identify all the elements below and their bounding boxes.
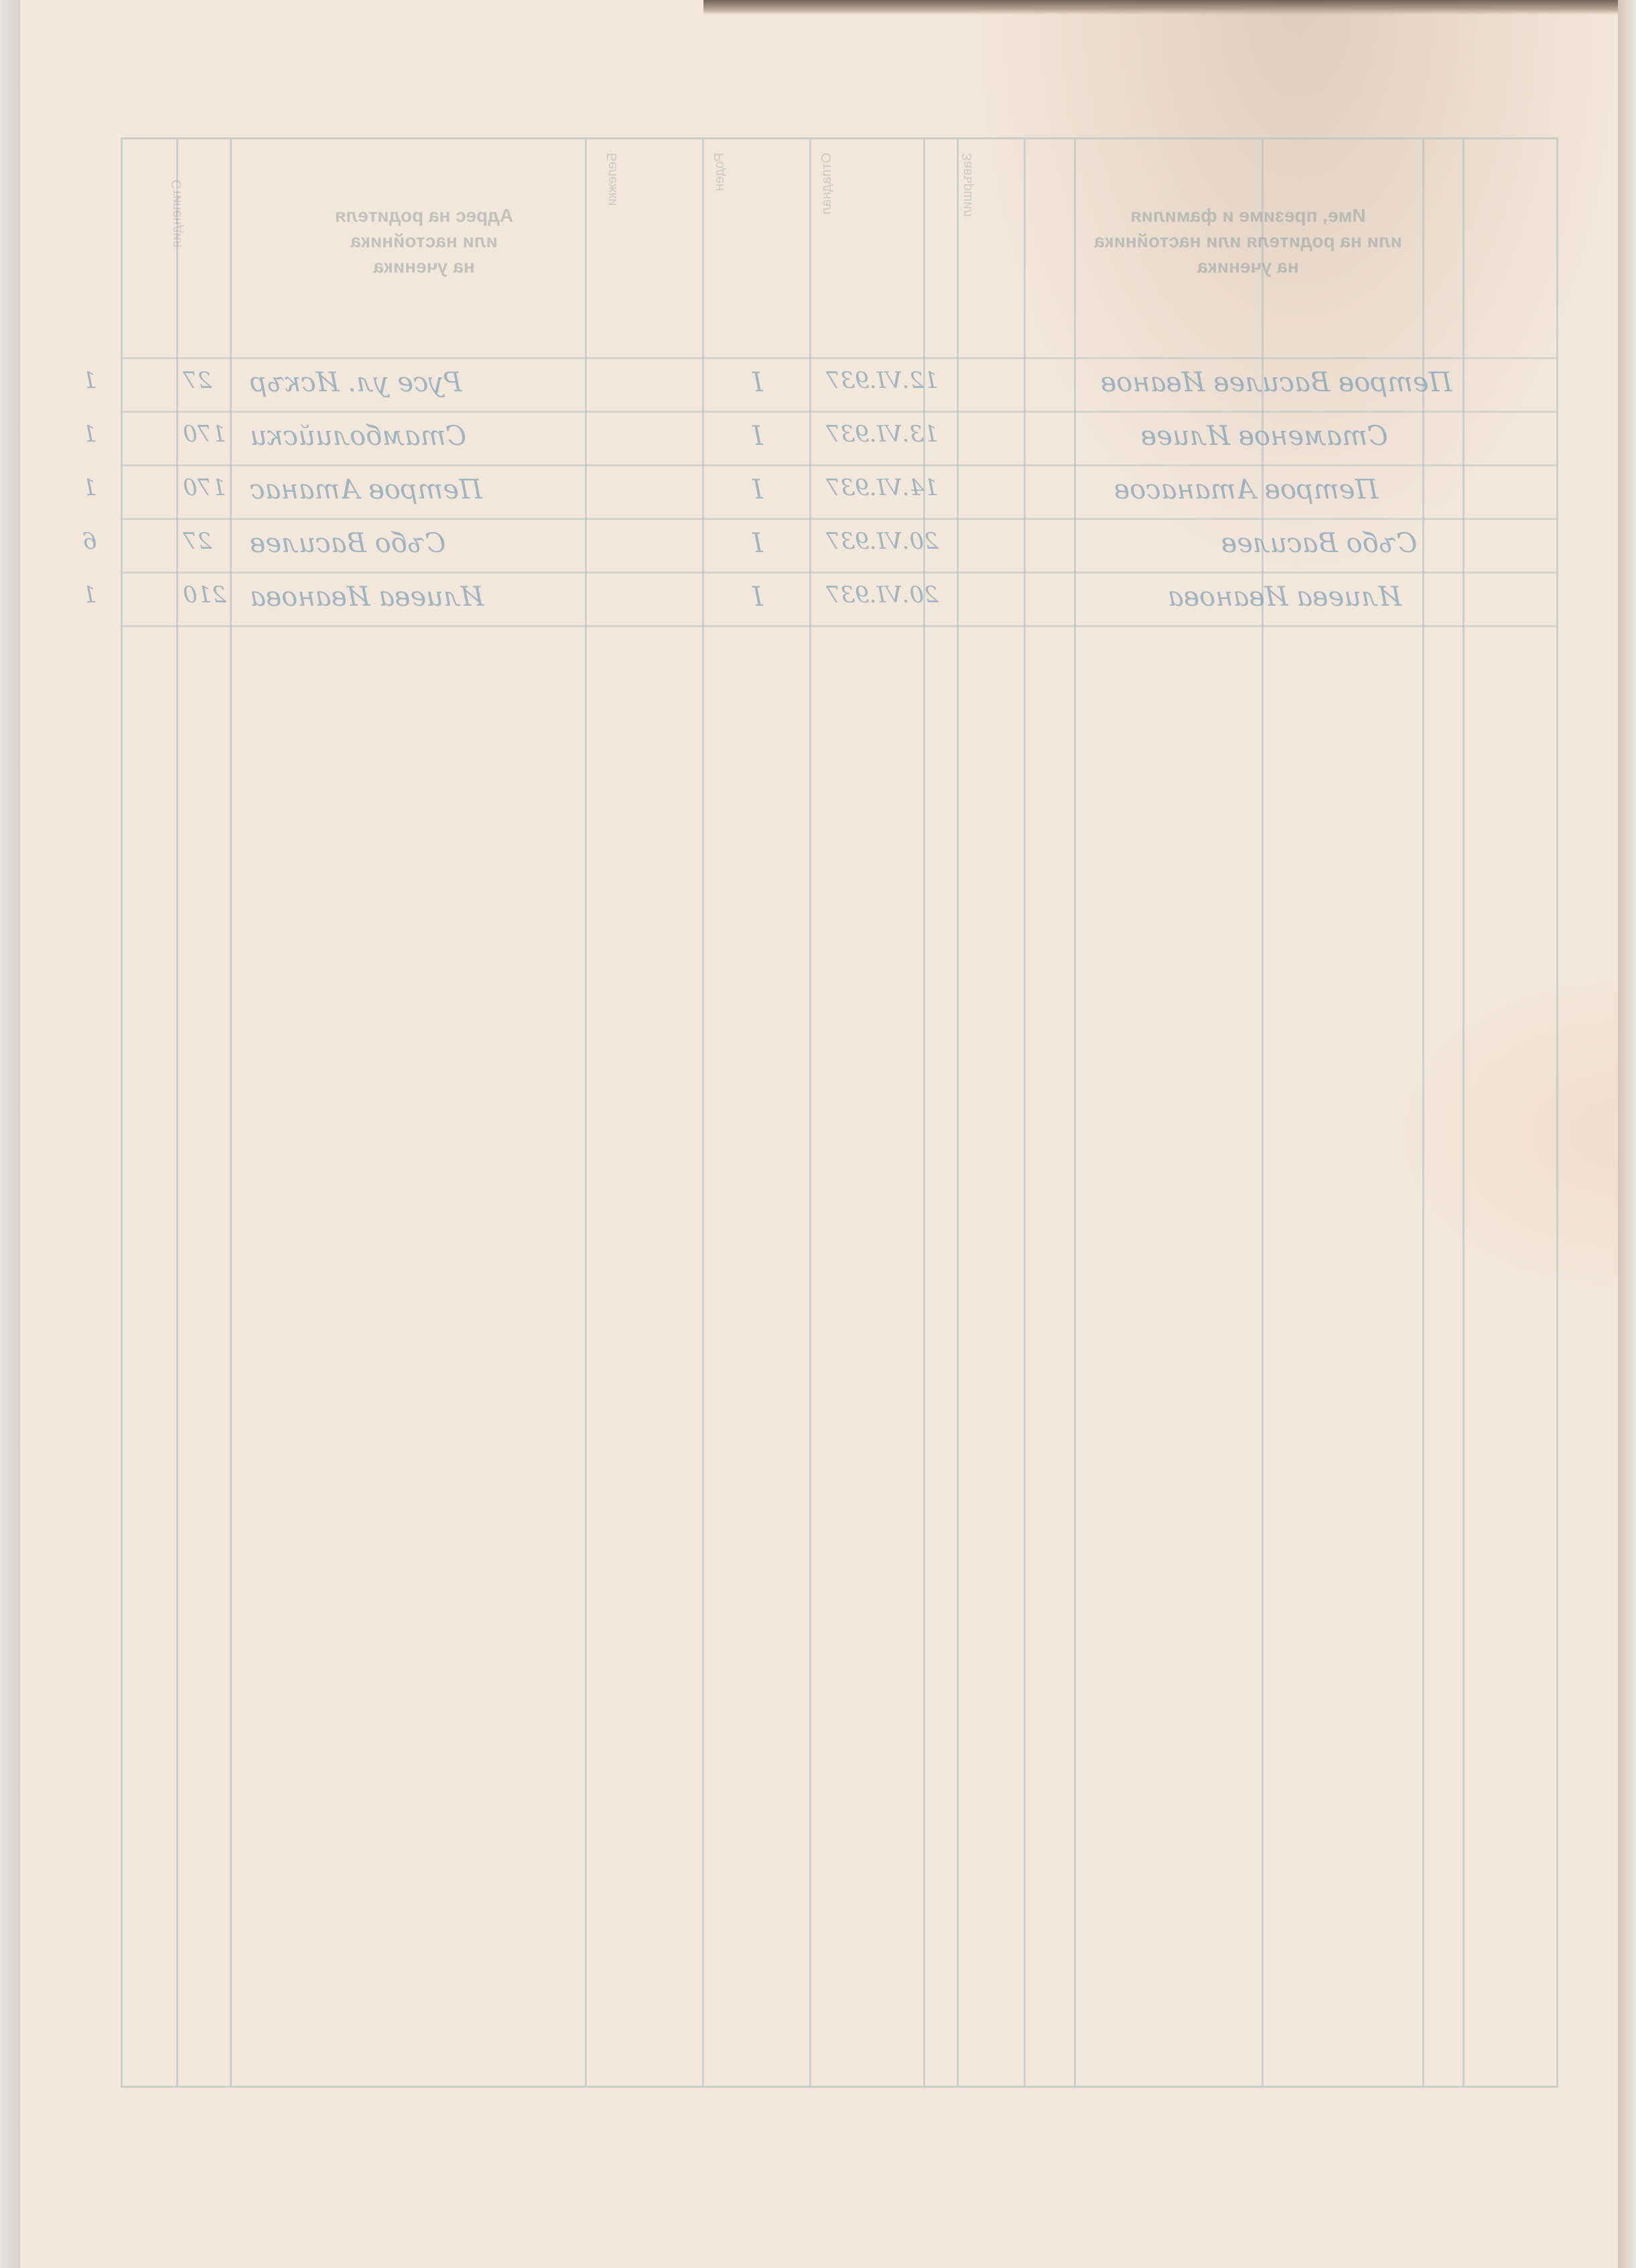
vertical-header: Роден xyxy=(712,153,728,191)
date: 12.VI.937 xyxy=(826,367,939,394)
row-rule xyxy=(123,464,1556,466)
row-rule xyxy=(123,411,1556,413)
column-rule xyxy=(1462,139,1464,2086)
header-line: или настойника xyxy=(283,228,565,254)
mark: 1 xyxy=(82,367,97,394)
address: Стамболийски xyxy=(250,421,466,452)
mark: 1 xyxy=(82,582,97,608)
vertical-header: Стипендия xyxy=(169,180,185,247)
number: 27 xyxy=(183,528,212,555)
grade: I xyxy=(752,421,763,452)
scan-left-border xyxy=(0,0,20,2268)
grade: I xyxy=(752,582,763,612)
student-name: Петров Атанасов xyxy=(1114,474,1378,505)
header-line: Адрес на родителя xyxy=(283,203,565,228)
vertical-header: Отпаднал xyxy=(819,153,835,214)
header-line: на ученика xyxy=(283,254,565,279)
date: 20.VI.937 xyxy=(826,582,939,608)
address: Русе ул. Искър xyxy=(250,367,462,398)
column-rule xyxy=(957,139,959,2086)
student-name: Събо Василев xyxy=(1221,528,1417,559)
scan-right-border xyxy=(1618,0,1636,2268)
number: 170 xyxy=(183,474,226,501)
header-line: или на родителя или настойника xyxy=(1074,228,1422,254)
address: Илиева Иванова xyxy=(250,582,484,612)
header-line: Име, презиме и фамилия xyxy=(1074,203,1422,228)
grade: I xyxy=(752,474,763,505)
column-rule xyxy=(1024,139,1026,2086)
torn-top-edge xyxy=(703,0,1628,15)
number: 210 xyxy=(183,582,226,608)
column-rule xyxy=(702,139,704,2086)
grade: I xyxy=(752,367,763,398)
number: 27 xyxy=(183,367,212,394)
mark: 6 xyxy=(82,528,97,555)
date: 13.VI.937 xyxy=(826,421,939,448)
student-name: Петров Василев Иванов xyxy=(1101,367,1452,398)
vertical-header: Завършил xyxy=(960,153,975,217)
date: 20.VI.937 xyxy=(826,528,939,555)
date: 14.VI.937 xyxy=(826,474,939,501)
student-name: Стаменов Илиев xyxy=(1141,421,1388,452)
address: Петров Атанас xyxy=(250,474,482,505)
column-rule xyxy=(809,139,811,2086)
mark: 1 xyxy=(82,421,97,448)
grade: I xyxy=(752,528,763,559)
vertical-header: Бележки xyxy=(605,153,620,206)
address-column-header: Адрес на родителя или настойника на учен… xyxy=(283,203,565,279)
column-rule xyxy=(230,139,232,2086)
student-name: Илиева Иванова xyxy=(1168,582,1402,612)
register-table: Адрес на родителя или настойника на учен… xyxy=(121,137,1558,2088)
mark: 1 xyxy=(82,474,97,501)
column-rule xyxy=(1422,139,1424,2086)
column-rule xyxy=(585,139,587,2086)
row-rule xyxy=(123,518,1556,520)
column-rule xyxy=(176,139,178,2086)
row-rule xyxy=(123,625,1556,627)
number: 170 xyxy=(183,421,226,448)
header-line: на ученика xyxy=(1074,254,1422,279)
name-column-header: Име, презиме и фамилия или на родителя и… xyxy=(1074,203,1422,279)
address: Събо Василев xyxy=(250,528,446,559)
column-rule xyxy=(1074,139,1076,2086)
row-rule xyxy=(123,572,1556,574)
header-rule xyxy=(123,357,1556,359)
